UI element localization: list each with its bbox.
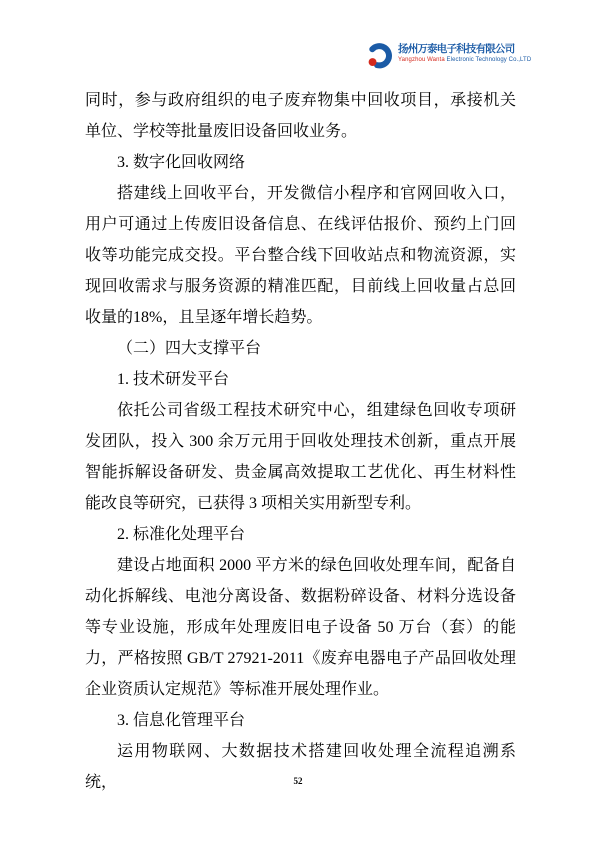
heading-tech-rd-platform: 1. 技术研发平台 (85, 364, 516, 395)
document-body: 同时，参与政府组织的电子废弃物集中回收项目，承接机关单位、学校等批量废旧设备回收… (85, 85, 516, 798)
company-name-en: Yangzhou Wanta Electronic Technology Co.… (398, 56, 531, 64)
heading-standardized-processing-platform: 2. 标准化处理平台 (85, 519, 516, 550)
heading-digital-recycling-network: 3. 数字化回收网络 (85, 147, 516, 178)
company-name-cn: 扬州万泰电子科技有限公司 (398, 44, 531, 56)
paragraph-tech-rd: 依托公司省级工程技术研究中心，组建绿色回收专项研发团队，投入 300 余万元用于… (85, 395, 516, 519)
company-name-en-blue: Electronic Technology Co.,LTD (445, 57, 531, 63)
company-name-en-red: Yangzhou Wanta (398, 57, 445, 63)
heading-information-management-platform: 3. 信息化管理平台 (85, 705, 516, 736)
paragraph-continuation-government-projects: 同时，参与政府组织的电子废弃物集中回收项目，承接机关单位、学校等批量废旧设备回收… (85, 85, 516, 147)
page-number: 52 (0, 776, 596, 786)
document-page: 扬州万泰电子科技有限公司 Yangzhou Wanta Electronic T… (0, 0, 596, 842)
logo-swoosh-icon (366, 42, 393, 69)
heading-four-support-platforms: （二）四大支撑平台 (85, 333, 516, 364)
paragraph-processing-workshop: 建设占地面积 2000 平方米的绿色回收处理车间，配备自动化拆解线、电池分离设备… (85, 550, 516, 705)
company-name-block: 扬州万泰电子科技有限公司 Yangzhou Wanta Electronic T… (398, 42, 531, 64)
paragraph-iot-traceability: 运用物联网、大数据技术搭建回收处理全流程追溯系统， (85, 736, 516, 798)
paragraph-online-platform: 搭建线上回收平台，开发微信小程序和官网回收入口，用户可通过上传废旧设备信息、在线… (85, 178, 516, 333)
company-logo: 扬州万泰电子科技有限公司 Yangzhou Wanta Electronic T… (366, 42, 531, 69)
